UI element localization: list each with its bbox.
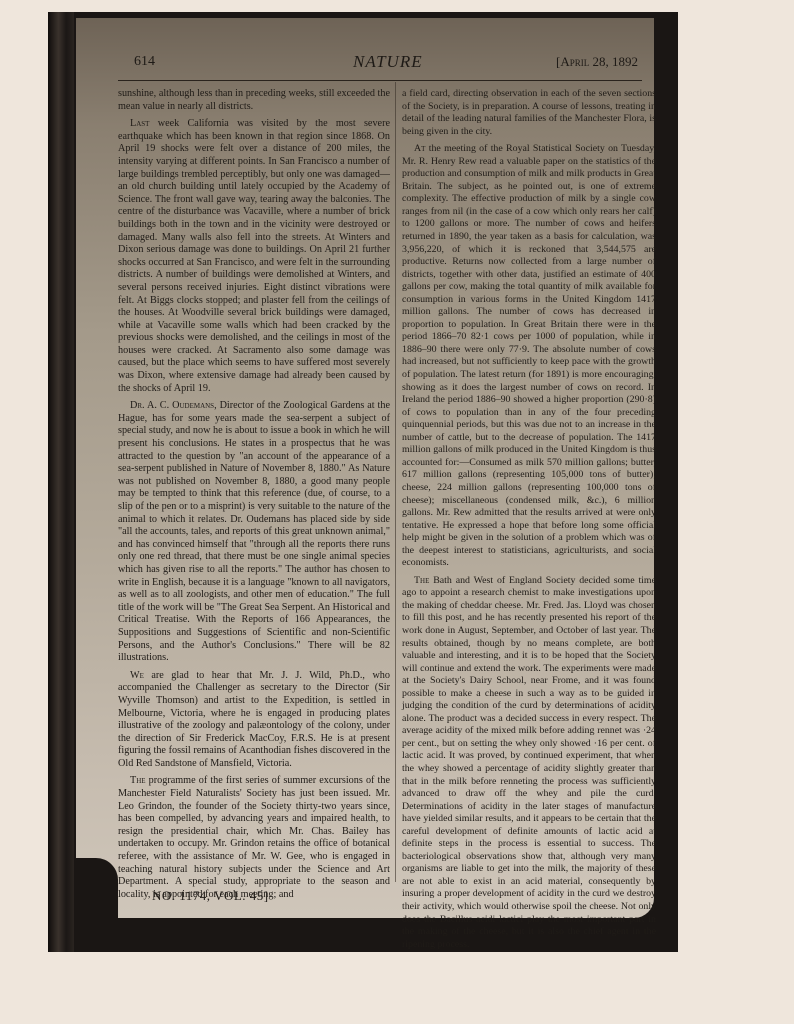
paragraph-milk-statistics: At the meeting of the Royal Statistical …	[402, 143, 656, 570]
left-column: sunshine, although less than in precedin…	[118, 88, 390, 906]
page-corner-curl	[76, 858, 118, 918]
page-header: 614 NATURE [April 28, 1892	[118, 52, 638, 78]
right-column: a field card, directing observation in e…	[402, 88, 656, 956]
page-number: 614	[134, 54, 155, 70]
paragraph-wild-melbourne: We are glad to hear that Mr. J. J. Wild,…	[118, 670, 390, 771]
paragraph-manchester-naturalists: The programme of the first series of sum…	[118, 775, 390, 901]
issue-footer: NO. 1174, VOL. 45]	[152, 888, 269, 904]
paragraph-sea-serpent: Dr. A. C. Oudemans, Director of the Zool…	[118, 400, 390, 664]
issue-date: [April 28, 1892	[556, 54, 638, 70]
paragraph-california-earthquake: Last week California was visited by the …	[118, 118, 390, 395]
journal-title: NATURE	[353, 52, 423, 72]
column-divider	[395, 82, 396, 882]
paragraph-cheddar-cheese: The Bath and West of England Society dec…	[402, 575, 656, 951]
page-binding-edge	[48, 12, 74, 952]
paragraph-sunshine: sunshine, although less than in precedin…	[118, 88, 390, 113]
paragraph-field-card: a field card, directing observation in e…	[402, 88, 656, 138]
header-rule	[118, 80, 642, 81]
